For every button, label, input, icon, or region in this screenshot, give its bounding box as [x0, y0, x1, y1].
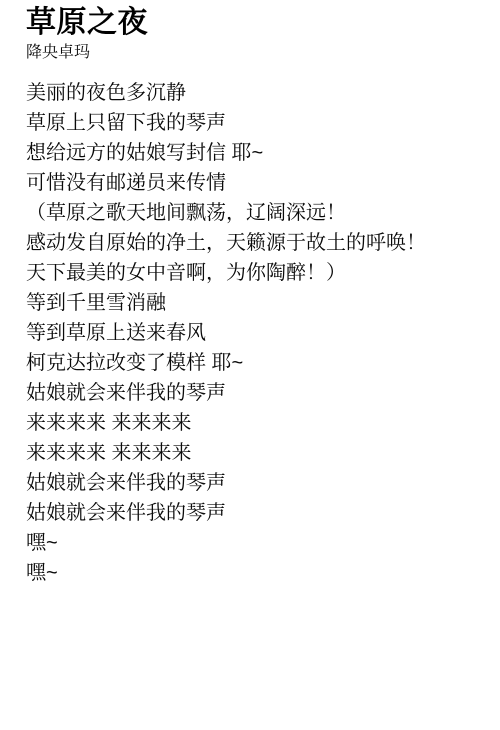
lyric-line: 草原上只留下我的琴声 — [26, 108, 480, 138]
song-artist: 降央卓玛 — [26, 42, 480, 64]
lyric-line: 柯克达拉改变了模样 耶~ — [26, 348, 480, 378]
lyric-line: 美丽的夜色多沉静 — [26, 78, 480, 108]
lyric-line: 等到草原上送来春风 — [26, 318, 480, 348]
lyric-line: 姑娘就会来伴我的琴声 — [26, 378, 480, 408]
lyric-line: 等到千里雪消融 — [26, 288, 480, 318]
lyrics-block: 美丽的夜色多沉静 草原上只留下我的琴声 想给远方的姑娘写封信 耶~ 可惜没有邮递… — [26, 78, 480, 588]
lyric-line: 想给远方的姑娘写封信 耶~ — [26, 138, 480, 168]
lyric-line: 可惜没有邮递员来传情 — [26, 168, 480, 198]
lyrics-page: 草原之夜 降央卓玛 美丽的夜色多沉静 草原上只留下我的琴声 想给远方的姑娘写封信… — [0, 0, 500, 730]
song-title: 草原之夜 — [26, 4, 480, 42]
lyric-line: 来来来来 来来来来 — [26, 408, 480, 438]
lyric-line: 来来来来 来来来来 — [26, 438, 480, 468]
lyric-line: 嘿~ — [26, 528, 480, 558]
lyric-line: 嘿~ — [26, 558, 480, 588]
lyric-line: 天下最美的女中音啊，为你陶醉！） — [26, 258, 480, 288]
lyric-line: 姑娘就会来伴我的琴声 — [26, 498, 480, 528]
lyric-line: 感动发自原始的净土，天籁源于故土的呼唤！ — [26, 228, 480, 258]
lyric-line: （草原之歌天地间飘荡，辽阔深远！ — [26, 198, 480, 228]
lyric-line: 姑娘就会来伴我的琴声 — [26, 468, 480, 498]
